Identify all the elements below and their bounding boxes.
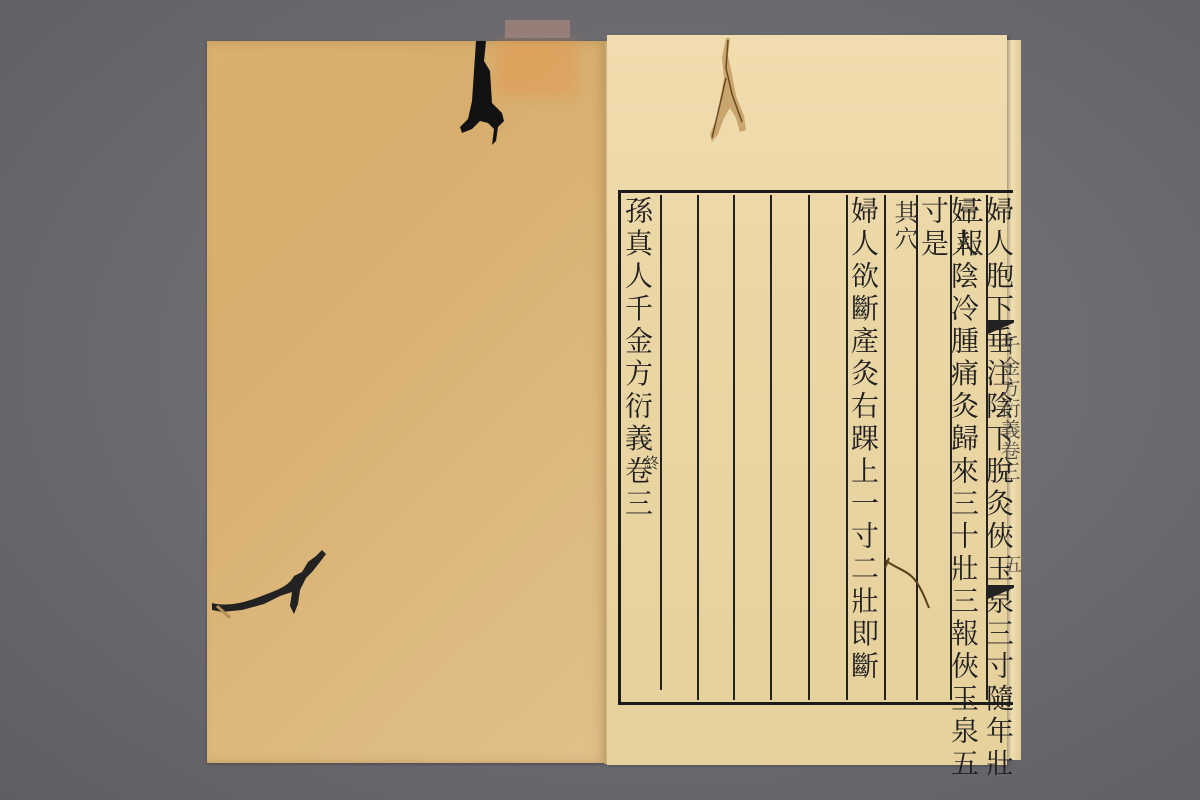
column-rule: [733, 195, 735, 700]
paper-stain: [497, 41, 577, 96]
crack-icon: [885, 540, 945, 610]
text-column-2: 婦人陰冷腫痛灸歸來三十壯三報俠玉泉五寸是: [918, 196, 978, 800]
column-rule: [697, 195, 699, 700]
column-rule: [770, 195, 772, 700]
folio-number: 五: [998, 555, 1024, 573]
margin-book-title: 千金方衍義卷三: [995, 335, 1024, 482]
column-rule: [660, 195, 662, 690]
volume-end-mark: 終: [641, 455, 662, 472]
catalog-label-slip: [505, 20, 570, 38]
text-column-4: 婦人欲斷產灸右踝上一寸二壯即斷: [848, 196, 878, 684]
show-through-text: 𠀀: [700, 220, 730, 254]
left-page-blank: [207, 41, 607, 763]
text-column-3: 其穴: [887, 200, 922, 252]
crack-icon: [212, 548, 332, 618]
column-rule: [884, 195, 886, 700]
tear-hole-icon: [458, 41, 506, 146]
column-rule: [808, 195, 810, 700]
crack-icon: [700, 38, 750, 143]
volume-end-title: 孫真人千金方衍義卷三: [622, 196, 652, 521]
